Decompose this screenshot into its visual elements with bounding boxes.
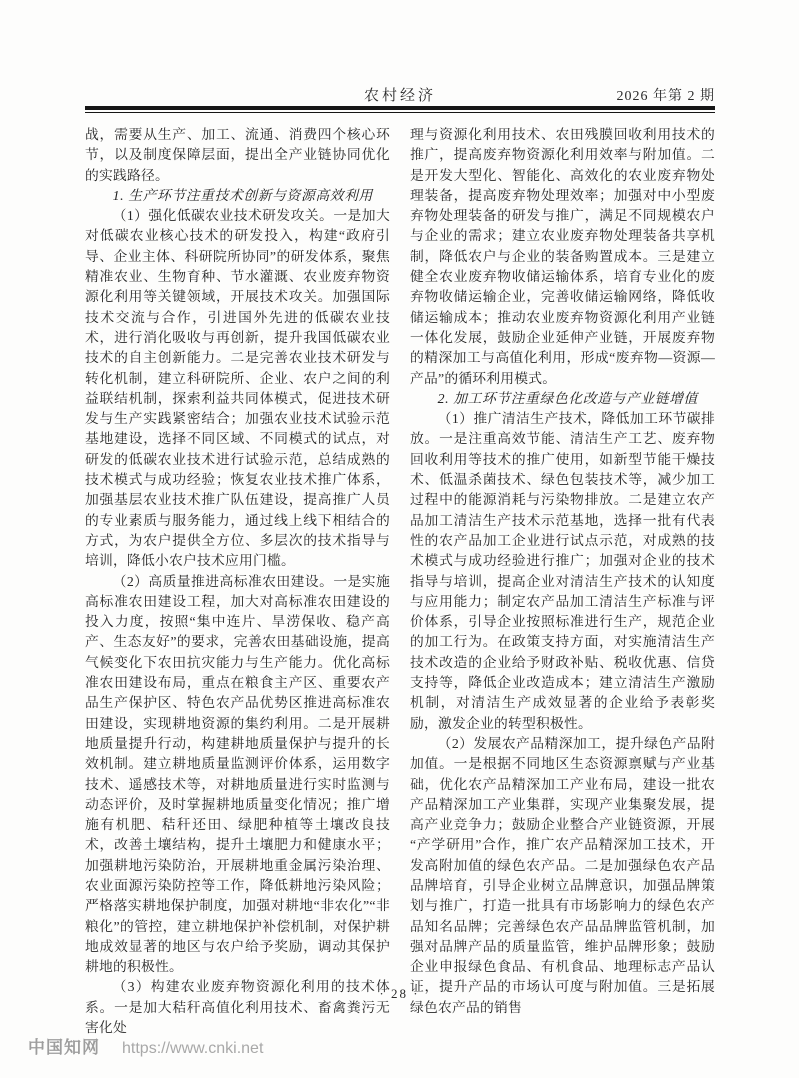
left-column: 战，需要从生产、加工、流通、消费四个核心环节，以及制度保障层面，提出全产业链协同… — [85, 125, 390, 1038]
journal-scan-page: 农村经济 2026 年第 2 期 战，需要从生产、加工、流通、消费四个核心环节，… — [0, 0, 799, 1078]
body-paragraph: （2）发展农产品精深加工，提升绿色产品附加值。一是根据不同地区生态资源禀赋与产业… — [410, 734, 715, 1018]
cnki-url-text: https://www.cnki.net — [122, 1040, 263, 1058]
running-head: 农村经济 2026 年第 2 期 — [85, 84, 715, 108]
body-paragraph: （2）高质量推进高标准农田建设。一是实施高标准农田建设工程，加大对高标准农田建设… — [85, 572, 390, 978]
section-heading: 1. 生产环节注重技术创新与资源高效利用 — [85, 186, 390, 206]
cnki-watermark: 中国知网 https://www.cnki.net — [28, 1033, 263, 1058]
page-number: · 28 · — [0, 986, 799, 1002]
header-double-rule — [85, 106, 715, 113]
right-column: 理与资源化利用技术、农田残膜回收利用技术的推广，提高废弃物资源化利用效率与附加值… — [410, 125, 715, 1038]
issue-label: 2026 年第 2 期 — [617, 85, 716, 105]
section-heading: 2. 加工环节注重绿色化改造与产业链增值 — [410, 389, 715, 409]
cnki-logo-text: 中国知网 — [28, 1033, 100, 1058]
body-paragraph: 理与资源化利用技术、农田残膜回收利用技术的推广，提高废弃物资源化利用效率与附加值… — [410, 125, 715, 389]
body-paragraph: （1）推广清洁生产技术，降低加工环节碳排放。一是注重高效节能、清洁生产工艺、废弃… — [410, 409, 715, 734]
body-paragraph: （1）强化低碳农业技术研发攻关。一是加大对低碳农业核心技术的研发投入，构建“政府… — [85, 206, 390, 571]
article-body: 战，需要从生产、加工、流通、消费四个核心环节，以及制度保障层面，提出全产业链协同… — [85, 125, 715, 1038]
rule-thin-line — [85, 112, 715, 114]
body-paragraph: 战，需要从生产、加工、流通、消费四个核心环节，以及制度保障层面，提出全产业链协同… — [85, 125, 390, 186]
